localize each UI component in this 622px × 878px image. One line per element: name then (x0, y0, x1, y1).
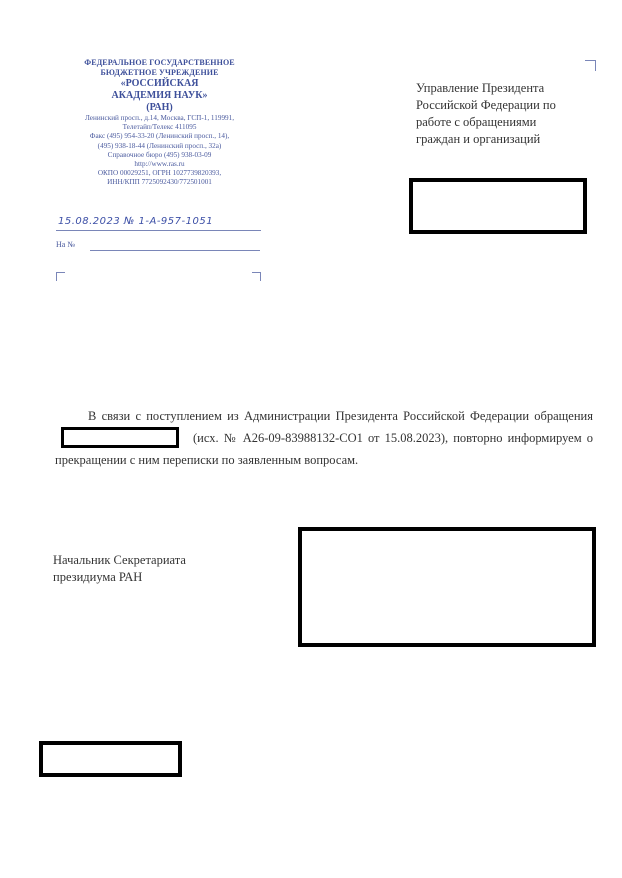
signer-title: Начальник Секретариата президиума РАН (53, 552, 186, 586)
fax-line-1: Факс (495) 954-33-20 (Ленинский просп., … (52, 132, 267, 141)
org-type-line-1: ФЕДЕРАЛЬНОЕ ГОСУДАРСТВЕННОЕ (52, 58, 267, 68)
okpo-ogrn-line: ОКПО 00029251, ОГРН 1027739820393, (52, 169, 267, 178)
website-line: http://www.ras.ru (52, 160, 267, 169)
body-text-part-1: В связи с поступлением из Администрации … (88, 409, 593, 423)
letter-body: В связи с поступлением из Администрации … (55, 405, 593, 471)
reference-number-line (90, 250, 260, 251)
org-name-line-1: «РОССИЙСКАЯ (52, 78, 267, 90)
recipient-line-4: граждан и организаций (416, 131, 596, 148)
telex-line: Телетайп/Телекс 411095 (52, 123, 267, 132)
fax-line-2: (495) 938-18-44 (Ленинский просп., 32а) (52, 142, 267, 151)
org-name-line-3: (РАН) (52, 102, 267, 114)
org-name-line-2: АКАДЕМИЯ НАУК» (52, 90, 267, 102)
info-desk-line: Справочное бюро (495) 938-03-09 (52, 151, 267, 160)
registration-line: 15.08.2023 № 1-А-957-1051 (56, 215, 261, 231)
signer-title-line-2: президиума РАН (53, 569, 186, 586)
reference-number-label: На № (56, 240, 75, 249)
redacted-recipient-name (409, 178, 587, 234)
inn-kpp-line: ИНН/КПП 7725092430/772501001 (52, 178, 267, 187)
corner-mark-top-left (56, 272, 65, 281)
recipient-block: Управление Президента Российской Федерац… (416, 80, 596, 148)
registration-date-number: 15.08.2023 № 1-А-957-1051 (58, 216, 213, 227)
org-type-line-2: БЮДЖЕТНОЕ УЧРЕЖДЕНИЕ (52, 68, 267, 78)
redacted-applicant-name (61, 427, 179, 448)
recipient-line-2: Российской Федерации по (416, 97, 596, 114)
redacted-signature-and-name (298, 527, 596, 647)
redacted-executor (39, 741, 182, 777)
corner-mark-top-right (252, 272, 261, 281)
signer-title-line-1: Начальник Секретариата (53, 552, 186, 569)
body-paragraph: В связи с поступлением из Администрации … (55, 405, 593, 471)
recipient-line-3: работе с обращениями (416, 114, 596, 131)
address-line: Ленинский просп., д.14, Москва, ГСП-1, 1… (52, 114, 267, 123)
recipient-line-1: Управление Президента (416, 80, 596, 97)
letterhead: ФЕДЕРАЛЬНОЕ ГОСУДАРСТВЕННОЕ БЮДЖЕТНОЕ УЧ… (52, 58, 267, 188)
corner-mark-recipient (585, 60, 596, 71)
